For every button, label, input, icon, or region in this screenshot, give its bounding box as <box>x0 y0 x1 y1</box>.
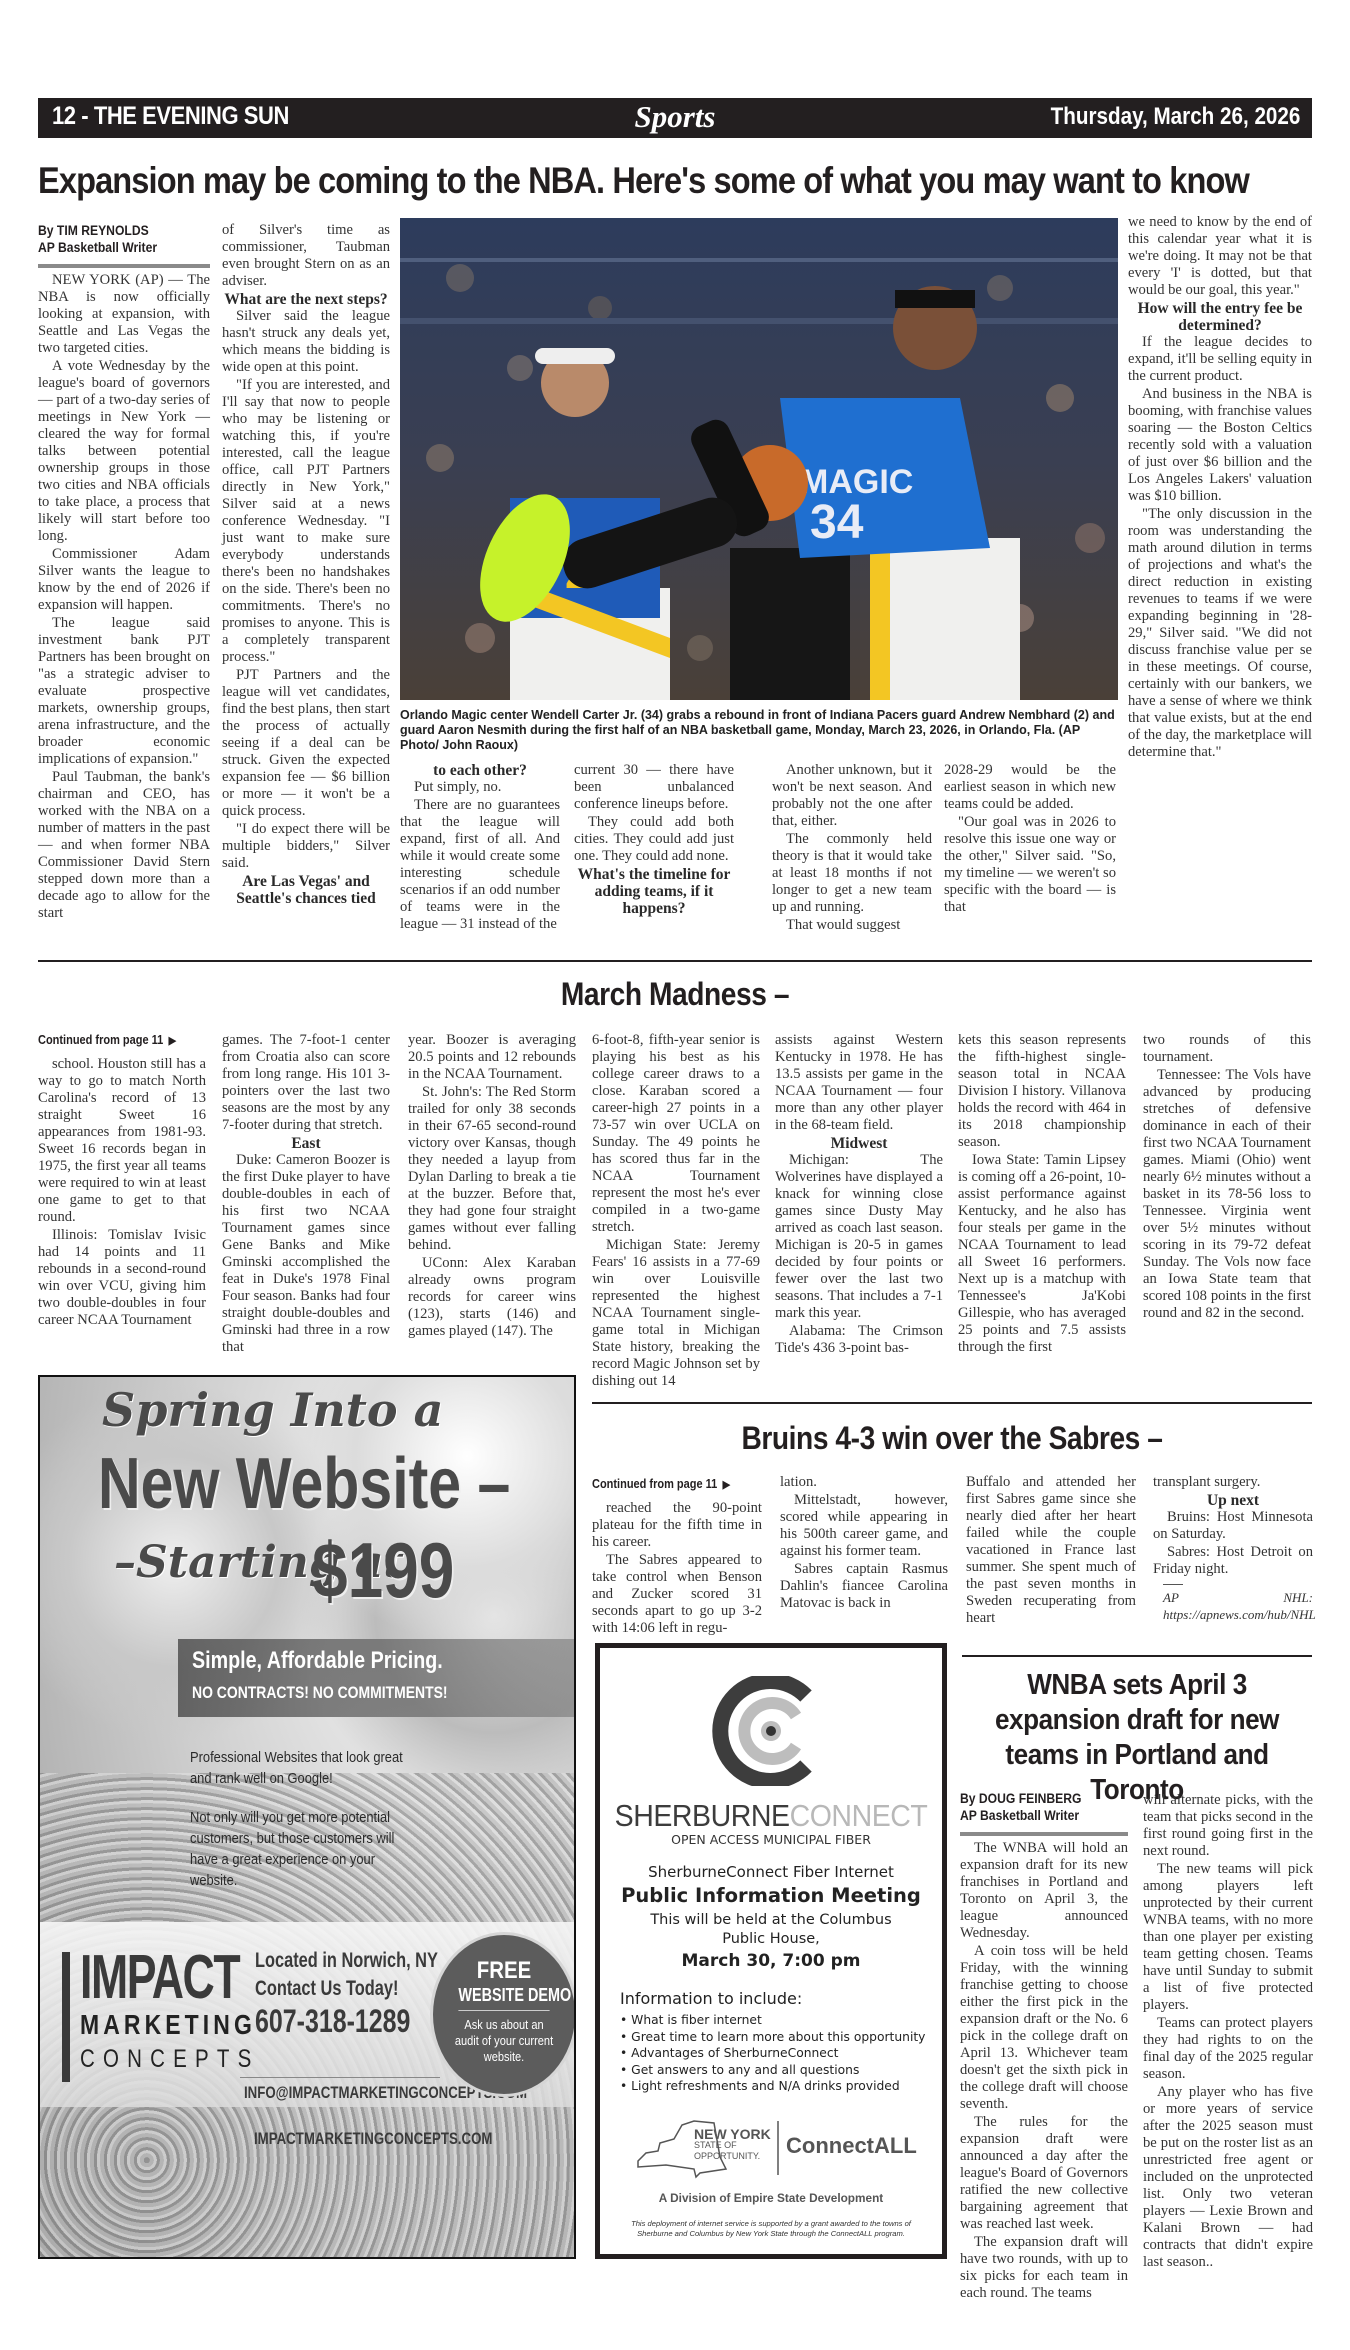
sherburne-connect-ad[interactable]: SHERBURNECONNECT OPEN ACCESS MUNICIPAL F… <box>595 1643 947 2259</box>
paragraph: And business in the NBA is booming, with… <box>1128 386 1312 505</box>
paragraph: There are no guarantees that the league … <box>400 797 560 933</box>
paragraph: Bruins: Host Minnesota on Saturday. <box>1153 1509 1313 1543</box>
paragraph: Sabres captain Rasmus Dahlin's fiancee C… <box>780 1561 948 1612</box>
paragraph: The commonly held theory is that it woul… <box>772 831 932 916</box>
svg-text:MAGIC: MAGIC <box>800 463 913 501</box>
ad-no-contracts: NO CONTRACTS! NO COMMITMENTS! <box>192 1683 448 1703</box>
paragraph: assists against Western Kentucky in 1978… <box>775 1032 943 1134</box>
sherburne-brand: SHERBURNECONNECT <box>614 1798 929 1834</box>
nba-column-5: Another unknown, but it won't be next se… <box>772 762 932 935</box>
subhead: Up next <box>1153 1492 1313 1509</box>
paragraph: reached the 90-point plateau for the fif… <box>592 1500 762 1551</box>
paragraph: Michigan State: Jeremy Fears' 16 assists… <box>592 1237 760 1390</box>
paragraph: Alabama: The Crimson Tide's 436 3-point … <box>775 1323 943 1357</box>
ad-contact: Contact Us Today! <box>255 1977 398 2001</box>
nys-connectall-logo: NEW YORK STATE OF OPPORTUNITY. ConnectAL… <box>636 2117 906 2179</box>
ad-price: $199 <box>312 1525 454 1616</box>
nys-line-1: NEW YORK <box>694 2129 771 2140</box>
byline-title: AP Basketball Writer <box>960 1807 1111 1824</box>
ad-location: Located in Norwich, NY <box>255 1949 438 1973</box>
ad-new-website-line: New Website – <box>98 1443 510 1525</box>
byline-name: By TIM REYNOLDS <box>38 222 193 239</box>
info-heading: Information to include: <box>600 1989 942 2008</box>
paragraph: Another unknown, but it won't be next se… <box>772 762 932 830</box>
photo-caption: Orlando Magic center Wendell Carter Jr. … <box>400 708 1118 753</box>
nba-column-4: current 30 — there have been unbalanced … <box>574 762 734 917</box>
continued-label: Continued from page 11▶ <box>38 1032 186 1050</box>
mm-column-2: games. The 7-foot-1 center from Croatia … <box>222 1032 390 1357</box>
issue-date: Thursday, March 26, 2026 <box>1050 103 1300 131</box>
paragraph: The league said investment bank PJT Part… <box>38 615 210 768</box>
paragraph: Iowa State: Tamin Lipsey is coming off a… <box>958 1152 1126 1356</box>
info-item: Light refreshments and N/A drinks provid… <box>620 2078 942 2095</box>
info-item: Get answers to any and all questions <box>620 2062 942 2079</box>
info-item: Great time to learn more about this oppo… <box>620 2029 942 2046</box>
paragraph: Teams can protect players they had right… <box>1143 2015 1313 2083</box>
subhead: Are Las Vegas' and Seattle's chances tie… <box>222 873 390 907</box>
paragraph: St. John's: The Red Storm trailed for on… <box>408 1084 576 1254</box>
paragraph: current 30 — there have been unbalanced … <box>574 762 734 813</box>
bruins-column-1: Continued from page 11▶ reached the 90-p… <box>592 1474 762 1638</box>
ad-logo-concepts: CONCEPTS <box>80 2045 260 2074</box>
paragraph: Commissioner Adam Silver wants the leagu… <box>38 546 210 614</box>
paragraph: A vote Wednesday by the league's board o… <box>38 358 210 545</box>
ad-body-2: Not only will you get more potential cus… <box>190 1807 414 1891</box>
paragraph: Silver said the league hasn't struck any… <box>222 308 390 376</box>
paragraph: we need to know by the end of this calen… <box>1128 214 1312 299</box>
sherburne-tagline: OPEN ACCESS MUNICIPAL FIBER <box>600 1832 942 1847</box>
paragraph: transplant surgery. <box>1153 1474 1313 1491</box>
subhead: What's the timeline for adding teams, if… <box>574 866 734 917</box>
paragraph: 2028-29 would be the earliest season in … <box>944 762 1116 813</box>
arrow-right-icon: ▶ <box>169 1033 176 1050</box>
subhead: What are the next steps? <box>222 291 390 308</box>
demo-title-free: FREE <box>444 1957 565 1985</box>
nba-headline: Expansion may be coming to the NBA. Here… <box>38 160 1173 202</box>
region-subhead: East <box>222 1135 390 1152</box>
mm-column-6: kets this season represents the fifth-hi… <box>958 1032 1126 1357</box>
paragraph: Any player who has five or more years of… <box>1143 2084 1313 2271</box>
paragraph: Buffalo and attended her first Sabres ga… <box>966 1474 1136 1627</box>
paragraph: will alternate picks, with the team that… <box>1143 1792 1313 1860</box>
paragraph: The expansion draft will have two rounds… <box>960 2234 1128 2302</box>
paragraph: Put simply, no. <box>400 779 560 796</box>
continued-label: Continued from page 11▶ <box>592 1476 742 1494</box>
info-list: What is fiber internet Great time to lea… <box>600 2012 942 2095</box>
section-divider <box>592 1402 1312 1404</box>
section-divider <box>962 1655 1312 1657</box>
nba-column-6: 2028-29 would be the earliest season in … <box>944 762 1116 917</box>
demo-body: Ask us about an audit of your current we… <box>444 2017 565 2065</box>
mm-column-7: two rounds of this tournament. Tennessee… <box>1143 1032 1311 1323</box>
paragraph: That would suggest <box>772 917 932 934</box>
paragraph: The WNBA will hold an expansion draft fo… <box>960 1840 1128 1942</box>
paragraph: The Sabres appeared to take control when… <box>592 1552 762 1637</box>
bruins-column-4: transplant surgery. Up next Bruins: Host… <box>1153 1474 1313 1623</box>
mm-column-5: assists against Western Kentucky in 1978… <box>775 1032 943 1358</box>
ad-logo-accent <box>62 1952 70 2082</box>
paragraph: UConn: Alex Karaban already owns program… <box>408 1255 576 1340</box>
byline-rule <box>960 1832 1128 1836</box>
paragraph: Illinois: Tomislav Ivisic had 14 points … <box>38 1227 206 1329</box>
paragraph: "If you are interested, and I'll say tha… <box>222 377 390 666</box>
ap-nhl-link[interactable]: AP NHL: https://apnews.com/hub/NHL <box>1153 1589 1313 1623</box>
bruins-column-3: Buffalo and attended her first Sabres ga… <box>966 1474 1136 1628</box>
paragraph: two rounds of this tournament. <box>1143 1032 1311 1066</box>
paragraph: "Our goal was in 2026 to resolve this is… <box>944 814 1116 916</box>
region-subhead: Midwest <box>775 1135 943 1152</box>
mm-column-4: 6-foot-8, fifth-year senior is playing h… <box>592 1032 760 1391</box>
nba-game-photo: 2 34 MAGIC <box>400 218 1118 700</box>
ad-phone[interactable]: 607-318-1289 <box>255 2003 410 2040</box>
paragraph: PJT Partners and the league will vet can… <box>222 667 390 820</box>
nba-column-3: to each other? Put simply, no. There are… <box>400 762 560 934</box>
paragraph: school. Houston still has a way to go to… <box>38 1056 206 1226</box>
ad-meeting-title: Public Information Meeting <box>600 1884 942 1907</box>
wnba-column-2: will alternate picks, with the team that… <box>1143 1792 1313 2272</box>
note-rule <box>1163 1584 1183 1585</box>
masthead-bar: 12 - THE EVENING SUN Sports Thursday, Ma… <box>38 98 1312 138</box>
bruins-column-2: lation. Mittelstadt, however, scored whi… <box>780 1474 948 1613</box>
demo-title: WEBSITE DEMO <box>458 1985 549 2011</box>
paragraph: lation. <box>780 1474 948 1491</box>
paragraph: Mittelstadt, however, scored while appea… <box>780 1492 948 1560</box>
nba-column-7: we need to know by the end of this calen… <box>1128 214 1312 762</box>
paragraph: A coin toss will be held Friday, with th… <box>960 1943 1128 2113</box>
mm-column-1: Continued from page 11▶ school. Houston … <box>38 1030 206 1330</box>
byline-title: AP Basketball Writer <box>38 239 193 256</box>
paragraph: Tennessee: The Vols have advanced by pro… <box>1143 1067 1311 1322</box>
paragraph: If the league decides to expand, it'll b… <box>1128 334 1312 385</box>
impact-marketing-ad[interactable]: Spring Into a New Website – –Starting at… <box>38 1375 576 2259</box>
subhead: How will the entry fee be determined? <box>1128 300 1312 334</box>
ad-divider <box>240 2077 440 2078</box>
nba-column-1: By TIM REYNOLDS AP Basketball Writer NEW… <box>38 222 210 923</box>
sherburne-logo-icon <box>711 1676 831 1786</box>
ad-location: This will be held at the Columbus Public… <box>600 1911 942 1949</box>
ad-pricing-band: Simple, Affordable Pricing. NO CONTRACTS… <box>178 1639 576 1717</box>
ad-meeting-datetime: March 30, 7:00 pm <box>600 1951 942 1971</box>
esd-division: A Division of Empire State Development <box>600 2191 942 2205</box>
paragraph: They could add both cities. They could a… <box>574 814 734 865</box>
byline-name: By DOUG FEINBERG <box>960 1790 1111 1807</box>
paragraph: The rules for the expansion draft were a… <box>960 2114 1128 2233</box>
paragraph: year. Boozer is averaging 20.5 points an… <box>408 1032 576 1083</box>
ad-body-1: Professional Websites that look great an… <box>190 1747 414 1789</box>
subhead: to each other? <box>400 762 560 779</box>
wnba-column-1: By DOUG FEINBERG AP Basketball Writer Th… <box>960 1790 1128 2303</box>
arrow-right-icon: ▶ <box>723 1477 730 1494</box>
paragraph: of Silver's time as commissioner, Taubma… <box>222 222 390 290</box>
svg-text:34: 34 <box>810 496 864 549</box>
nba-column-2: of Silver's time as commissioner, Taubma… <box>222 222 390 907</box>
basketball-photo-illustration: 2 34 MAGIC <box>400 218 1118 700</box>
info-item: What is fiber internet <box>620 2012 942 2029</box>
paragraph: NEW YORK (AP) — The NBA is now officiall… <box>38 272 210 357</box>
bruins-headline: Bruins 4-3 win over the Sabres – <box>635 1420 1269 1457</box>
paragraph: Paul Taubman, the bank's chairman and CE… <box>38 769 210 922</box>
ad-spring-line: Spring Into a <box>102 1383 443 1437</box>
ad-logo-impact: IMPACT <box>80 1947 239 2009</box>
ad-website[interactable]: IMPACTMARKETINGCONCEPTS.COM <box>254 2129 492 2149</box>
paragraph: "The only discussion in the room was und… <box>1128 506 1312 761</box>
ad-pricing-title: Simple, Affordable Pricing. <box>192 1647 443 1675</box>
ad-free-demo-badge[interactable]: FREE WEBSITE DEMO Ask us about an audit … <box>430 1932 576 2097</box>
paragraph: "I do expect there will be multiple bidd… <box>222 821 390 872</box>
paragraph: Duke: Cameron Boozer is the first Duke p… <box>222 1152 390 1356</box>
connectall-logo: ConnectALL <box>786 2133 917 2159</box>
wnba-headline: WNBA sets April 3 expansion draft for ne… <box>974 1668 1300 1808</box>
nys-line-3: OPPORTUNITY. <box>694 2151 771 2162</box>
paragraph: games. The 7-foot-1 center from Croatia … <box>222 1032 390 1134</box>
mm-column-3: year. Boozer is averaging 20.5 points an… <box>408 1032 576 1341</box>
paragraph: kets this season represents the fifth-hi… <box>958 1032 1126 1151</box>
ad-logo-marketing: MARKETING <box>80 2009 256 2041</box>
paragraph: Sabres: Host Detroit on Friday night. <box>1153 1544 1313 1578</box>
section-divider <box>38 960 1312 962</box>
paragraph: 6-foot-8, fifth-year senior is playing h… <box>592 1032 760 1236</box>
paragraph: The new teams will pick among players le… <box>1143 1861 1313 2014</box>
grant-fine-print: This deployment of internet service is s… <box>600 2219 942 2239</box>
info-item: Advantages of SherburneConnect <box>620 2045 942 2062</box>
byline-rule <box>38 264 210 268</box>
ad-line-1: SherburneConnect Fiber Internet <box>600 1863 942 1881</box>
paragraph: Michigan: The Wolverines have displayed … <box>775 1152 943 1322</box>
march-madness-headline: March Madness – <box>114 976 1235 1013</box>
